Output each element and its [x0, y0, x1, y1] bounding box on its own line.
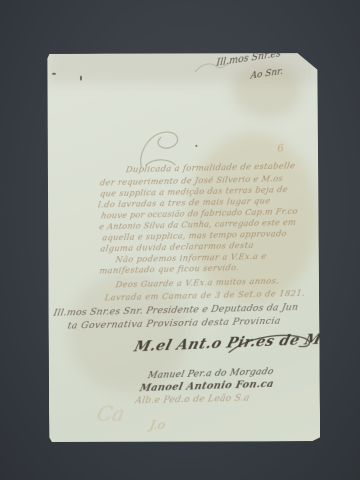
body-line: Lavrada em Camara de 3 de Set.o de 1821. [104, 289, 306, 302]
rubric-mark: J.o [149, 419, 166, 431]
manuscript-paper: Ill.mos Snr.es Ao Snr. 6 Duplicada a for… [47, 52, 320, 443]
page-mark: 6 [277, 144, 283, 154]
signature-third: Manoel Antonio Fon.ca [139, 380, 275, 394]
body-line: aquella e supplica, mas tempo approvado [102, 229, 288, 242]
corner-annotation-line1: Ill.mos Snr.es [216, 52, 281, 68]
body-line: Não podemos informar a V.Ex.a e [115, 252, 267, 264]
signature-fourth: Alb.e Ped.o de Leão S.a [134, 395, 250, 407]
rubric-mark: Ca [96, 403, 127, 423]
ink-speck [80, 76, 82, 81]
body-line: manifestado que ficou servido. [99, 263, 240, 274]
body-line: Deos Guarde a V.Ex.a muitos annos. [115, 277, 280, 289]
address-line: ta Governativa Provisoria desta Provinci… [67, 317, 282, 331]
document-photo: Ill.mos Snr.es Ao Snr. 6 Duplicada a for… [0, 0, 360, 480]
corner-annotation-line2: Ao Snr. [250, 68, 283, 82]
ink-speck [52, 73, 56, 75]
body-line: Duplicada a formalidade de estabelle [125, 161, 296, 173]
signature-paraph-icon [227, 330, 315, 357]
